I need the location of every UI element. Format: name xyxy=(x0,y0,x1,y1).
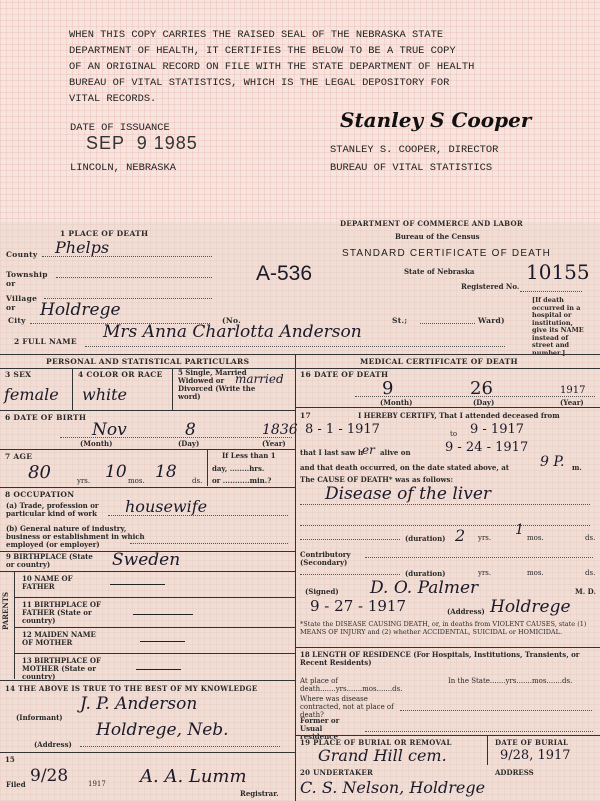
dod-year-label: (Year) xyxy=(560,398,584,407)
attended-to: 9 - 1917 xyxy=(470,422,524,437)
filed-date: 9/28 xyxy=(30,766,68,786)
residence-label: 18 LENGTH OF RESIDENCE (For Hospitals, I… xyxy=(300,651,590,667)
registered-number: 10155 xyxy=(526,260,590,284)
dod-year: 1917 xyxy=(560,385,585,396)
occurred-text: and that death occurred, on the date sta… xyxy=(300,463,509,472)
medical-header: MEDICAL CERTIFICATE OF DEATH xyxy=(360,357,518,366)
seal-notice-line: VITAL RECORDS. xyxy=(69,91,539,107)
race-label: 4 COLOR OR RACE xyxy=(78,370,163,379)
duration-months: 1 xyxy=(515,522,524,538)
bureau-header: Bureau of the Census xyxy=(395,232,480,241)
undertaker-value: C. S. Nelson, Holdrege xyxy=(300,778,485,797)
last-saw-pronoun: er xyxy=(362,443,375,457)
father-name-dash xyxy=(110,584,165,585)
at-place-label: At place of death.......yrs.......mos...… xyxy=(300,677,440,693)
duration-label: (duration) xyxy=(405,534,445,543)
signed-label: (Signed) xyxy=(305,587,339,596)
certify-number: 17 xyxy=(300,411,311,420)
physician-address: Holdrege xyxy=(490,597,571,617)
seal-notice-line: WHEN THIS COPY CARRIES THE RAISED SEAL O… xyxy=(69,27,539,43)
certify-text: I HEREBY CERTIFY, That I attended deceas… xyxy=(358,411,560,420)
personal-header: PERSONAL AND STATISTICAL PARTICULARS xyxy=(46,357,249,366)
industry-label: (b) General nature of industry, business… xyxy=(6,525,146,549)
seal-notice-line: OF AN ORIGINAL RECORD ON FILE WITH THE S… xyxy=(69,59,539,75)
attended-from: 8 - 1 - 1917 xyxy=(305,422,380,437)
place-of-death-header: 1 PLACE OF DEATH xyxy=(60,229,148,238)
undertaker-label: 20 UNDERTAKER xyxy=(300,768,373,777)
sex-label: 3 SEX xyxy=(5,370,31,379)
city-value: Holdrege xyxy=(40,300,121,320)
last-saw-date: 9 - 24 - 1917 xyxy=(445,440,528,455)
undertaker-address-label: ADDRESS xyxy=(495,768,534,777)
in-state-label: In the State.......yrs.......mos.......d… xyxy=(448,677,593,685)
burial-date-label: DATE OF BURIAL xyxy=(495,738,568,747)
dob-year: 1836 xyxy=(262,422,298,438)
registrar-label: Registrar. xyxy=(240,789,279,798)
sex-value: female xyxy=(4,385,59,404)
informant-label: (Informant) xyxy=(16,713,63,722)
duration-mos-label: mos. xyxy=(527,534,544,542)
contributory-ds-label: ds. xyxy=(585,569,595,577)
contributory-mos-label: mos. xyxy=(527,569,544,577)
ward-label: Ward) xyxy=(478,316,505,325)
age-mos-label: mos. xyxy=(128,477,145,485)
signed-date: 9 - 27 - 1917 xyxy=(310,597,406,615)
address-label: (Address) xyxy=(34,740,72,749)
seal-notice-line: DEPARTMENT OF HEALTH, IT CERTIFIES THE B… xyxy=(69,43,539,59)
mother-birthplace-dash xyxy=(136,669,181,670)
contributory-yrs-label: yrs. xyxy=(478,569,491,577)
duration-yrs-label: yrs. xyxy=(478,534,491,542)
burial-place: Grand Hill cem. xyxy=(318,746,447,765)
contributory-label: Contributory (Secondary) xyxy=(300,551,360,567)
city-label: City xyxy=(8,316,26,325)
informant-signature: J. P. Anderson xyxy=(80,694,197,714)
physician-signature: D. O. Palmer xyxy=(370,578,478,598)
filed-number: 15 xyxy=(5,755,15,764)
dod-day-label: (Day) xyxy=(473,398,494,407)
to-label: to xyxy=(450,430,457,438)
trade-value: housewife xyxy=(125,497,207,516)
seal-notice-line: BUREAU OF VITAL STATISTICS, WHICH IS THE… xyxy=(69,75,539,91)
registered-label: Registered No. xyxy=(461,282,519,291)
md-label: M. D. xyxy=(575,587,596,596)
certificate-title: STANDARD CERTIFICATE OF DEATH xyxy=(342,248,551,259)
dob-year-label: (Year) xyxy=(262,439,286,448)
contributory-duration-label: (duration) xyxy=(405,569,445,578)
mother-maiden-label: 12 MAIDEN NAME OF MOTHER xyxy=(22,631,102,647)
mother-birthplace-label: 13 BIRTHPLACE OF MOTHER (State or countr… xyxy=(22,657,112,681)
department-header: DEPARTMENT OF COMMERCE AND LABOR xyxy=(340,219,523,228)
occupation-label: 8 OCCUPATION xyxy=(5,490,74,499)
true-statement-label: 14 THE ABOVE IS TRUE TO THE BEST OF MY K… xyxy=(5,684,258,693)
meridian-label: m. xyxy=(572,463,582,472)
county-label: County xyxy=(6,250,38,259)
trade-label: (a) Trade, profession or particular kind… xyxy=(6,502,116,518)
duration-ds-label: ds. xyxy=(585,534,595,542)
dob-label: 6 DATE OF BIRTH xyxy=(5,413,86,422)
full-name-value: Mrs Anna Charlotta Anderson xyxy=(103,322,362,342)
director-name: STANLEY S. COOPER, DIRECTOR xyxy=(330,142,498,158)
father-birthplace-label: 11 BIRTHPLACE OF FATHER (State or countr… xyxy=(22,601,112,625)
marital-value: married xyxy=(235,372,284,386)
time-of-death: 9 P. xyxy=(540,454,564,470)
min-label: or ...........min.? xyxy=(212,476,271,485)
street-label: St.; xyxy=(392,316,407,325)
age-years: 80 xyxy=(28,462,51,483)
dob-day-label: (Day) xyxy=(178,439,199,448)
race-value: white xyxy=(82,385,127,404)
filed-year: 1917 xyxy=(88,780,106,788)
age-yrs-label: yrs. xyxy=(77,477,90,485)
dod-label: 16 DATE OF DEATH xyxy=(300,370,388,379)
full-name-label: 2 FULL NAME xyxy=(14,337,77,346)
issuance-date: SEP 9 1985 xyxy=(86,133,198,154)
less-than-day-label: If Less than 1 xyxy=(222,451,276,460)
mother-maiden-dash xyxy=(140,641,185,642)
issuance-location: LINCOLN, NEBRASKA xyxy=(70,160,176,176)
seal-notice: WHEN THIS COPY CARRIES THE RAISED SEAL O… xyxy=(69,27,539,107)
father-birthplace-dash xyxy=(133,614,193,615)
county-value: Phelps xyxy=(55,238,109,257)
director-signature: Stanley S Cooper xyxy=(340,108,531,132)
dob-month-label: (Month) xyxy=(80,439,112,448)
age-label: 7 AGE xyxy=(5,452,32,461)
file-number: A-536 xyxy=(256,262,312,286)
cause-footnote: *State the DISEASE CAUSING DEATH, or, in… xyxy=(300,620,590,636)
birthplace-label: 9 BIRTHPLACE (State or country) xyxy=(6,553,96,569)
registrar-signature: A. A. Lumm xyxy=(140,766,247,787)
cause-value: Disease of the liver xyxy=(325,483,585,505)
duration-years: 2 xyxy=(455,526,465,545)
township-label: Township or xyxy=(6,270,46,288)
director-bureau: BUREAU OF VITAL STATISTICS xyxy=(330,160,492,176)
burial-date: 9/28, 1917 xyxy=(500,748,571,763)
age-days: 18 xyxy=(155,462,177,482)
birthplace-value: Sweden xyxy=(112,550,180,570)
filed-label: Filed xyxy=(6,780,26,789)
parents-label: PARENTS xyxy=(1,592,10,630)
alive-on-label: alive on xyxy=(380,448,411,457)
age-ds-label: ds. xyxy=(192,477,202,485)
hospital-note: [If death occurred in a hospital or inst… xyxy=(532,297,588,357)
state-label: State of Nebraska xyxy=(404,267,474,276)
age-months: 10 xyxy=(105,462,127,482)
physician-address-label: (Address) xyxy=(447,607,485,616)
hrs-label: day, ........hrs. xyxy=(212,464,264,473)
father-name-label: 10 NAME OF FATHER xyxy=(22,575,92,591)
dod-month-label: (Month) xyxy=(380,398,412,407)
informant-address: Holdrege, Neb. xyxy=(96,720,229,740)
last-saw-label: that I last saw h xyxy=(300,448,363,457)
